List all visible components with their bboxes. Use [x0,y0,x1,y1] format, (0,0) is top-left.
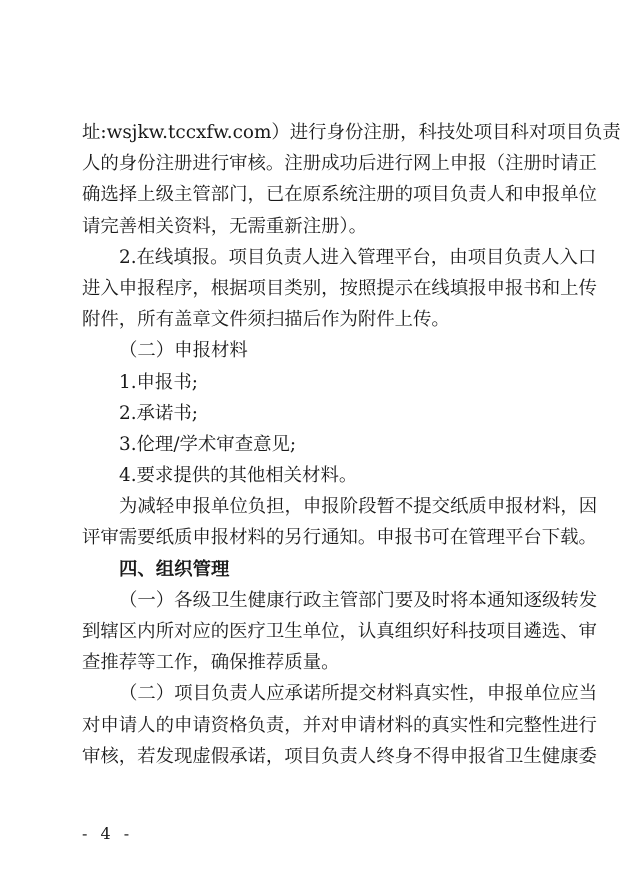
page-number: - 4 - [82,824,133,843]
text-line: 址:wsjkw.tccxfw.com）进行身份注册，科技处项目科对项目负责 [82,117,566,148]
text-line: 人的身份注册进行审核。注册成功后进行网上申报（注册时请正 [82,148,566,179]
document-body: 址:wsjkw.tccxfw.com）进行身份注册，科技处项目科对项目负责 人的… [82,117,566,772]
text-line: 为减轻申报单位负担，申报阶段暂不提交纸质申报材料，因 [82,491,566,522]
text-line: （一）各级卫生健康行政主管部门要及时将本通知逐级转发 [82,585,566,616]
text-line: （二）项目负责人应承诺所提交材料真实性，申报单位应当 [82,678,566,709]
text-line: 进入申报程序，根据项目类别，按照提示在线填报申报书和上传 [82,273,566,304]
list-item: 3.伦理/学术审查意见; [82,429,566,460]
text-line: 评审需要纸质申报材料的另行通知。申报书可在管理平台下载。 [82,522,566,553]
document-page: 址:wsjkw.tccxfw.com）进行身份注册，科技处项目科对项目负责 人的… [0,0,641,877]
list-item: 4.要求提供的其他相关材料。 [82,460,566,491]
text-line: 到辖区内所对应的医疗卫生单位，认真组织好科技项目遴选、审 [82,616,566,647]
text-line: 对申请人的申请资格负责，并对申请材料的真实性和完整性进行 [82,710,566,741]
section-heading: 四、组织管理 [82,554,566,585]
text-line: 2.在线填报。项目负责人进入管理平台，由项目负责人入口 [82,242,566,273]
list-item: 2.承诺书; [82,398,566,429]
text-line: 附件，所有盖章文件须扫描后作为附件上传。 [82,304,566,335]
subsection-heading: （二）申报材料 [82,335,566,366]
text-line: 审核，若发现虚假承诺，项目负责人终身不得申报省卫生健康委 [82,741,566,772]
text-line: 查推荐等工作，确保推荐质量。 [82,647,566,678]
list-item: 1.申报书; [82,367,566,398]
text-line: 请完善相关资料，无需重新注册）。 [82,211,566,242]
text-line: 确选择上级主管部门，已在原系统注册的项目负责人和申报单位 [82,179,566,210]
